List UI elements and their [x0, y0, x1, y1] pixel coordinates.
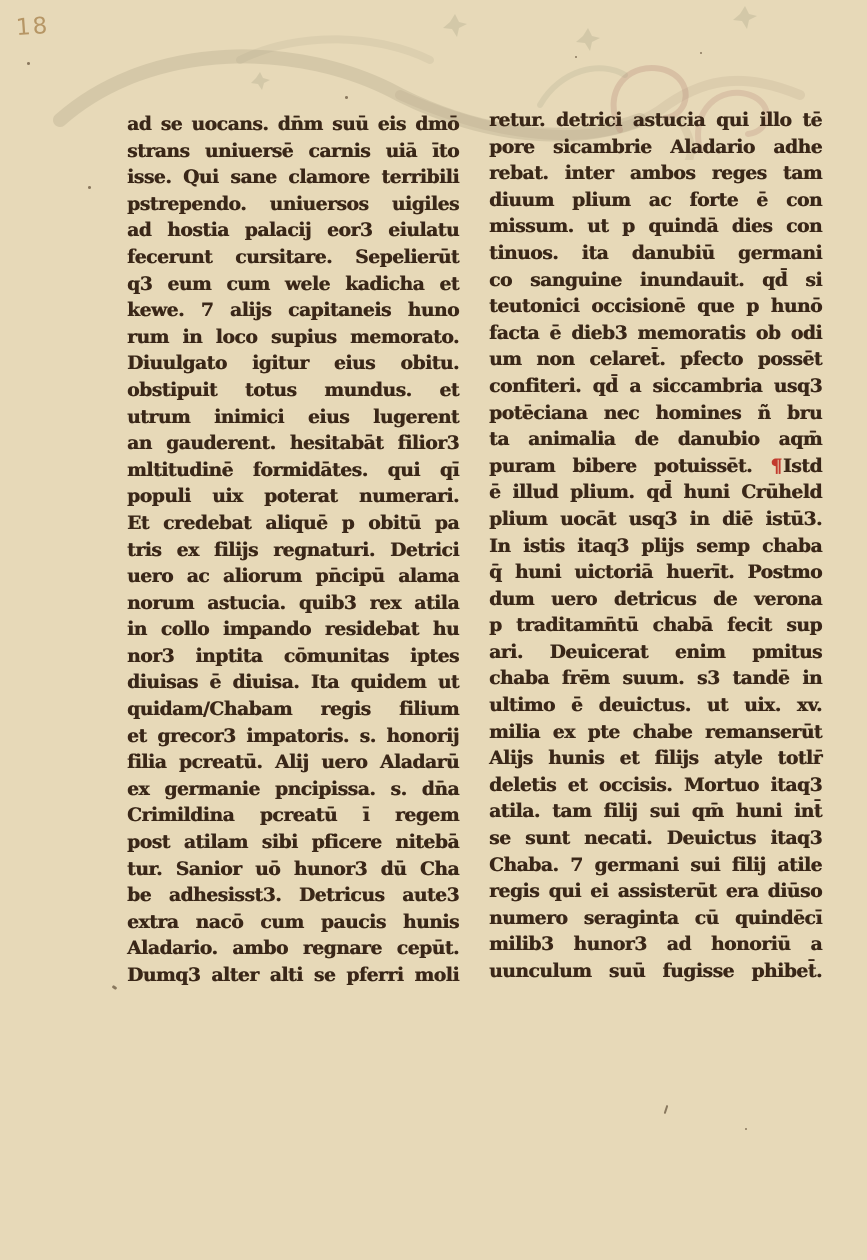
ink-speck [345, 96, 348, 99]
ink-speck [700, 52, 702, 54]
text-line: Aladario. ambo regnare cepūt. [127, 936, 459, 963]
text-line: q̄ huni uictoriā huerīt. Postmo [489, 560, 822, 587]
text-line: deletis et occisis. Mortuo itaq3 [489, 773, 822, 800]
text-line: atila. tam filij sui qm̄ huni int̄ [489, 799, 822, 826]
text-line: kewe. 7 alijs capitaneis huno [127, 298, 459, 325]
text-line: uunculum suū fugisse phibet̄. [489, 959, 822, 986]
text-line: ad se uocans. dn̄m suū eis dmō [127, 112, 459, 139]
text-line: p traditamn̄tū chabā fecit sup [489, 613, 822, 640]
text-line: mltitudinē formidātes. qui qī [127, 458, 459, 485]
text-line: norum astucia. quib3 rex atila [127, 591, 459, 618]
text-line: be adhesisst3. Detricus aute3 [127, 883, 459, 910]
text-line: puram bibere potuissēt. ¶Istd [489, 454, 822, 481]
text-line: filia pcreatū. Alij uero Aladarū [127, 750, 459, 777]
text-line: chaba frēm suum. s3 tandē in [489, 666, 822, 693]
text-line: ta animalia de danubio aqm̄ [489, 427, 822, 454]
text-line: q3 eum cum wele kadicha et [127, 272, 459, 299]
text-column-right: retur. detrici astucia qui illo tēpore s… [489, 108, 822, 986]
text-line: strans uniuersē carnis uiā īto [127, 139, 459, 166]
text-line: Dumq3 alter alti se pferri moli [127, 963, 459, 990]
text-line: Crimildina pcreatū ī regem [127, 803, 459, 830]
text-line: isse. Qui sane clamore terribili [127, 165, 459, 192]
text-line: numero seraginta cū quindēcī [489, 906, 822, 933]
margin-comma-mark [112, 985, 118, 990]
rubric-paragraph-mark: ¶ [769, 456, 782, 477]
text-line: utrum inimici eius lugerent [127, 405, 459, 432]
text-line: ultimo ē deuictus. ut uix. xv. [489, 693, 822, 720]
text-line: Alijs hunis et filijs atyle totlr̄ [489, 746, 822, 773]
text-line: fecerunt cursitare. Sepelierūt [127, 245, 459, 272]
text-line: dum uero detricus de verona [489, 587, 822, 614]
manuscript-page: 18 ad se uocans. dn̄m suū eis dmōstrans … [0, 0, 867, 1260]
ink-speck [745, 1128, 747, 1130]
text-line: plium uocāt usq3 in diē istū3. [489, 507, 822, 534]
text-line: retur. detrici astucia qui illo tē [489, 108, 822, 135]
text-line: extra nacō cum paucis hunis [127, 910, 459, 937]
text-line: uero ac aliorum pn̄cipū alama [127, 564, 459, 591]
text-line: in collo impando residebat hu [127, 617, 459, 644]
ink-speck [27, 62, 30, 65]
text-line: In istis itaq3 plijs semp chaba [489, 534, 822, 561]
text-line: tris ex filijs regnaturi. Detrici [127, 538, 459, 565]
pen-slash-mark [664, 1105, 669, 1114]
text-line: pore sicambrie Aladario adhe [489, 135, 822, 162]
text-line: et grecor3 impatoris. s. honorij [127, 724, 459, 751]
ink-speck [575, 56, 577, 58]
text-line: ex germanie pncipissa. s. dn̄a [127, 777, 459, 804]
text-line: nor3 inptita cōmunitas iptes [127, 644, 459, 671]
text-line: Chaba. 7 germani sui filij atile [489, 853, 822, 880]
text-line: milib3 hunor3 ad honoriū a [489, 932, 822, 959]
text-line: ad hostia palacij eor3 eiulatu [127, 218, 459, 245]
text-line: facta ē dieb3 memoratis ob odi [489, 321, 822, 348]
text-line: um non celaret̄. pfecto possēt [489, 347, 822, 374]
text-line: quidam/Chabam regis filium [127, 697, 459, 724]
text-line: confiteri. qd̄ a siccambria usq3 [489, 374, 822, 401]
text-line: ē illud plium. qd̄ huni Crūheld [489, 480, 822, 507]
text-line: se sunt necati. Deuictus itaq3 [489, 826, 822, 853]
text-column-left: ad se uocans. dn̄m suū eis dmōstrans uni… [127, 112, 459, 990]
text-line: rum in loco supius memorato. [127, 325, 459, 352]
text-line: post atilam sibi pficere nitebā [127, 830, 459, 857]
text-line: diuum plium ac forte ē con [489, 188, 822, 215]
text-line: Et credebat aliquē p obitū pa [127, 511, 459, 538]
text-line: ari. Deuicerat enim pmitus [489, 640, 822, 667]
text-line: missum. ut p quindā dies con [489, 214, 822, 241]
text-line: co sanguine inundauit. qd̄ si [489, 268, 822, 295]
text-line: teutonici occisionē que p hunō [489, 294, 822, 321]
text-line: an gauderent. hesitabāt filior3 [127, 431, 459, 458]
text-line: tinuos. ita danubiū germani [489, 241, 822, 268]
text-line: Diuulgato igitur eius obitu. [127, 351, 459, 378]
text-line: milia ex pte chabe remanserūt [489, 720, 822, 747]
text-line: obstipuit totus mundus. et [127, 378, 459, 405]
text-line: diuisas ē diuisa. Ita quidem ut [127, 670, 459, 697]
text-line: populi uix poterat numerari. [127, 484, 459, 511]
text-line: pstrependo. uniuersos uigiles [127, 192, 459, 219]
ink-speck [88, 186, 91, 189]
text-line: regis qui ei assisterūt era diūso [489, 879, 822, 906]
folio-number: 18 [15, 13, 50, 41]
text-line: tur. Sanior uō hunor3 dū Cha [127, 857, 459, 884]
text-line: potēciana nec homines ñ bru [489, 401, 822, 428]
text-line: rebat. inter ambos reges tam [489, 161, 822, 188]
